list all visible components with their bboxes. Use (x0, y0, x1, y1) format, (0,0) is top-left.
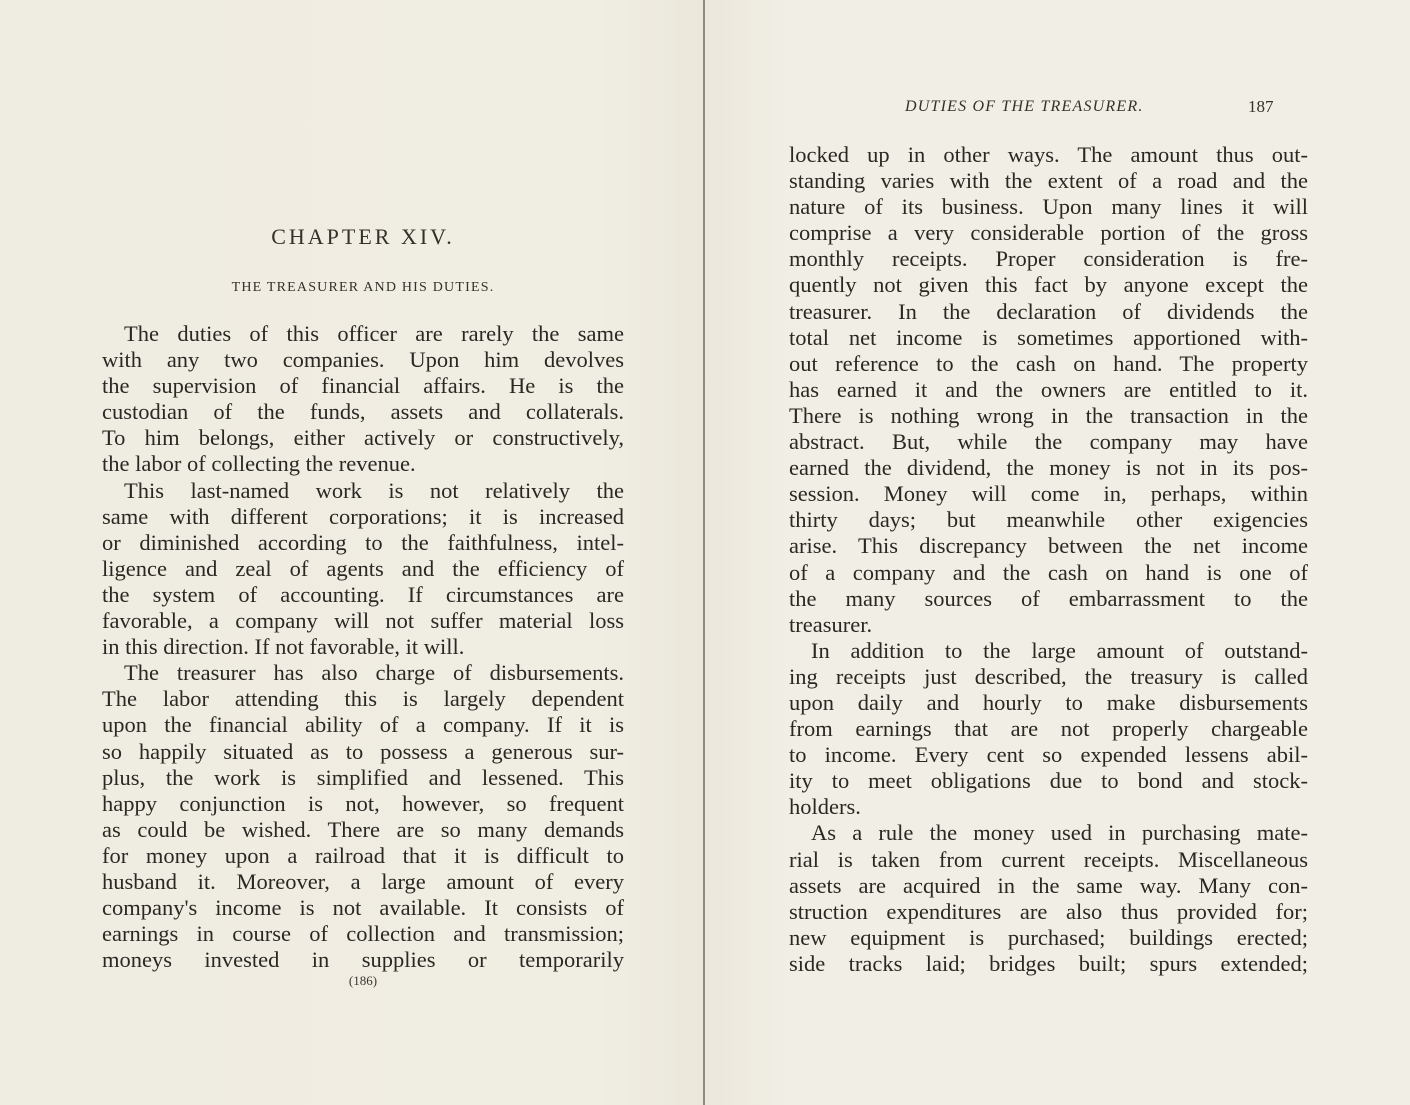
text-line: to income. Every cent so expended lessen… (789, 742, 1308, 768)
text-line: for money upon a railroad that it is dif… (102, 843, 624, 869)
text-line: earned the dividend, the money is not in… (789, 455, 1308, 481)
page-number-bottom: (186) (102, 973, 624, 989)
text-line: thirty days; but meanwhile other exigenc… (789, 507, 1308, 533)
right-page: DUTIES OF THE TREASURER. 187 locked up i… (705, 0, 1410, 1105)
text-line: as could be wished. There are so many de… (102, 817, 624, 843)
text-line: assets are acquired in the same way. Man… (789, 873, 1308, 899)
text-line: treasurer. (789, 612, 1308, 638)
text-line: session. Money will come in, perhaps, wi… (789, 481, 1308, 507)
text-line: new equipment is purchased; buildings er… (789, 925, 1308, 951)
text-line: earnings in course of collection and tra… (102, 921, 624, 947)
running-head: DUTIES OF THE TREASURER. (905, 98, 1144, 116)
text-line: moneys invested in supplies or temporari… (102, 947, 624, 973)
text-line: upon daily and hourly to make disburseme… (789, 690, 1308, 716)
text-line: of a company and the cash on hand is one… (789, 560, 1308, 586)
text-line: monthly receipts. Proper consideration i… (789, 246, 1308, 272)
text-line: favorable, a company will not suffer mat… (102, 608, 624, 634)
text-line: ligence and zeal of agents and the effic… (102, 556, 624, 582)
text-line: total net income is sometimes apportione… (789, 325, 1308, 351)
text-line: the system of accounting. If circumstanc… (102, 582, 624, 608)
text-line: holders. (789, 794, 1308, 820)
text-line: ing receipts just described, the treasur… (789, 664, 1308, 690)
text-line: quently not given this fact by anyone ex… (789, 272, 1308, 298)
chapter-subtitle: THE TREASURER AND HIS DUTIES. (102, 280, 624, 296)
text-line: In addition to the large amount of outst… (789, 638, 1308, 664)
text-line: The treasurer has also charge of disburs… (102, 660, 624, 686)
page-number: 187 (1248, 97, 1274, 117)
text-line: company's income is not available. It co… (102, 895, 624, 921)
text-line: custodian of the funds, assets and colla… (102, 399, 624, 425)
text-line: same with different corporations; it is … (102, 504, 624, 530)
text-line: upon the financial ability of a company.… (102, 712, 624, 738)
text-line: the many sources of embarrassment to the (789, 586, 1308, 612)
text-line: abstract. But, while the company may hav… (789, 429, 1308, 455)
text-line: the supervision of financial affairs. He… (102, 373, 624, 399)
book-spread: CHAPTER XIV. THE TREASURER AND HIS DUTIE… (0, 0, 1410, 1105)
right-page-body: locked up in other ways. The amount thus… (789, 142, 1308, 977)
left-page: CHAPTER XIV. THE TREASURER AND HIS DUTIE… (0, 0, 704, 1105)
text-line: arise. This discrepancy between the net … (789, 533, 1308, 559)
text-line: rial is taken from current receipts. Mis… (789, 847, 1308, 873)
text-line: happy conjunction is not, however, so fr… (102, 791, 624, 817)
text-line: This last-named work is not relatively t… (102, 478, 624, 504)
text-line: has earned it and the owners are entitle… (789, 377, 1308, 403)
text-line: or diminished according to the faithfuln… (102, 530, 624, 556)
text-line: husband it. Moreover, a large amount of … (102, 869, 624, 895)
text-line: plus, the work is simplified and lessene… (102, 765, 624, 791)
text-line: side tracks laid; bridges built; spurs e… (789, 951, 1308, 977)
text-line: The duties of this officer are rarely th… (102, 321, 624, 347)
text-line: The labor attending this is largely depe… (102, 686, 624, 712)
text-line: To him belongs, either actively or const… (102, 425, 624, 451)
left-page-body: The duties of this officer are rarely th… (102, 321, 624, 973)
text-line: from earnings that are not properly char… (789, 716, 1308, 742)
text-line: treasurer. In the declaration of dividen… (789, 299, 1308, 325)
chapter-title: CHAPTER XIV. (102, 224, 624, 250)
text-line: locked up in other ways. The amount thus… (789, 142, 1308, 168)
text-line: out reference to the cash on hand. The p… (789, 351, 1308, 377)
text-line: comprise a very considerable portion of … (789, 220, 1308, 246)
text-line: nature of its business. Upon many lines … (789, 194, 1308, 220)
text-line: As a rule the money used in purchasing m… (789, 820, 1308, 846)
text-line: There is nothing wrong in the transactio… (789, 403, 1308, 429)
text-line: so happily situated as to possess a gene… (102, 739, 624, 765)
text-line: the labor of collecting the revenue. (102, 451, 624, 477)
text-line: standing varies with the extent of a roa… (789, 168, 1308, 194)
text-line: ity to meet obligations due to bond and … (789, 768, 1308, 794)
text-line: in this direction. If not favorable, it … (102, 634, 624, 660)
text-line: struction expenditures are also thus pro… (789, 899, 1308, 925)
text-line: with any two companies. Upon him devolve… (102, 347, 624, 373)
